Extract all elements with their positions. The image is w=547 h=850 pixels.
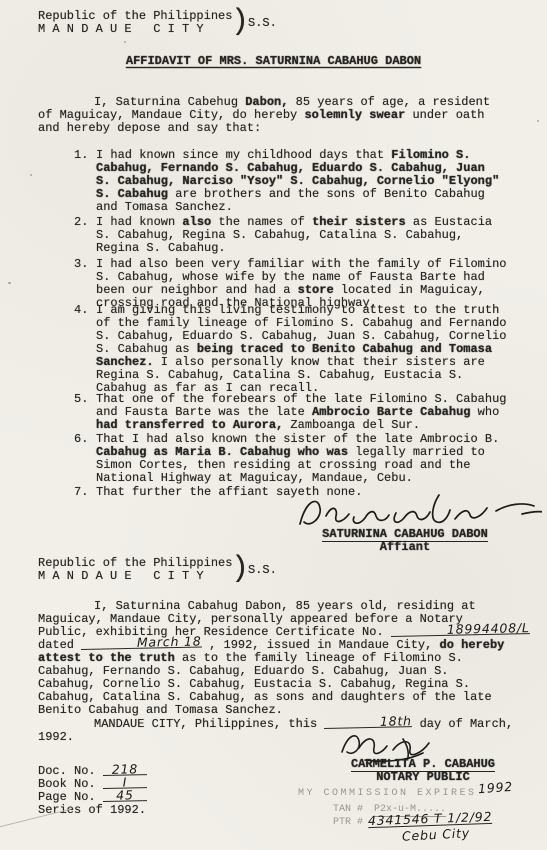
item-text: I had known since my childhood days that…	[96, 149, 520, 214]
venue-caption-2: Republic of the Philippines M A N D A U …	[38, 557, 338, 583]
venue-caption-1: Republic of the Philippines M A N D A U …	[38, 10, 338, 36]
affidavit-item-4: 4. I am giving this living testimony to …	[74, 304, 520, 395]
date-line: MANDAUE CITY, Philippines, this 18th day…	[38, 718, 530, 744]
series-row: Series of 1992.	[38, 804, 147, 817]
doc-no-label: Doc. No.	[38, 764, 96, 778]
item-number: 7.	[74, 486, 88, 499]
affidavit-item-1: 1. I had known since my childhood days t…	[74, 149, 520, 214]
venue-brace: )	[231, 553, 249, 585]
scan-scratch	[0, 809, 71, 829]
venue-brace: )	[231, 6, 249, 38]
page-no-value: 45	[103, 790, 147, 802]
scan-speck	[8, 282, 11, 284]
scan-speck	[30, 174, 32, 176]
item-number: 4.	[74, 304, 88, 317]
ptr-label: PTR #	[333, 816, 363, 829]
item-text: That one of the forebears of the late Fi…	[96, 393, 520, 432]
page-no-label: Page No.	[38, 790, 96, 804]
item-text: That I had also known the sister of the …	[96, 433, 520, 485]
affidavit-item-6: 6. That I had also known the sister of t…	[74, 433, 520, 485]
commission-expires-label: MY COMMISSION EXPIRES	[298, 787, 477, 800]
item-text: I had known also the names of their sist…	[96, 216, 520, 255]
intro-paragraph: I, Saturnina Cabehug Dabon, 85 years of …	[38, 96, 530, 135]
affidavit-document-page: Republic of the Philippines M A N D A U …	[0, 0, 547, 850]
affiant-role: Affiant	[300, 541, 510, 554]
venue-city-line: M A N D A U E C I T Y	[38, 23, 338, 36]
affidavit-item-2: 2. I had known also the names of their s…	[74, 216, 520, 255]
book-no-label: Book No.	[38, 777, 96, 791]
venue-ss-label: S.S.	[248, 17, 277, 30]
page-title: AFFIDAVIT OF MRS. SATURNINA CABAHUG DABO…	[0, 55, 547, 68]
acknowledgment-paragraph: I, Saturnina Cabahug Dabon, 85 years old…	[38, 600, 530, 717]
ptr-value: 4341546 T 1/2/92	[368, 810, 493, 828]
commission-year: 1992	[478, 780, 514, 795]
affidavit-item-5: 5. That one of the forebears of the late…	[74, 393, 520, 432]
affiant-name-block: SATURNINA CABAHUG DABON Affiant	[300, 528, 510, 554]
scan-speck	[124, 41, 126, 43]
venue-ss-label: S.S.	[248, 564, 277, 577]
item-number: 1.	[74, 149, 88, 162]
scan-speck	[537, 120, 539, 122]
tan-label: TAN #	[333, 803, 363, 816]
item-number: 6.	[74, 433, 88, 446]
item-number: 5.	[74, 393, 88, 406]
item-text: I am giving this living testimony to att…	[96, 304, 520, 395]
registry-block: Doc. No. 218 Book No. I Page No. 45 Seri…	[38, 765, 147, 817]
item-number: 3.	[74, 258, 88, 271]
item-number: 2.	[74, 216, 88, 229]
venue-city-line: M A N D A U E C I T Y	[38, 570, 338, 583]
notary-place: Cebu City	[402, 826, 471, 843]
